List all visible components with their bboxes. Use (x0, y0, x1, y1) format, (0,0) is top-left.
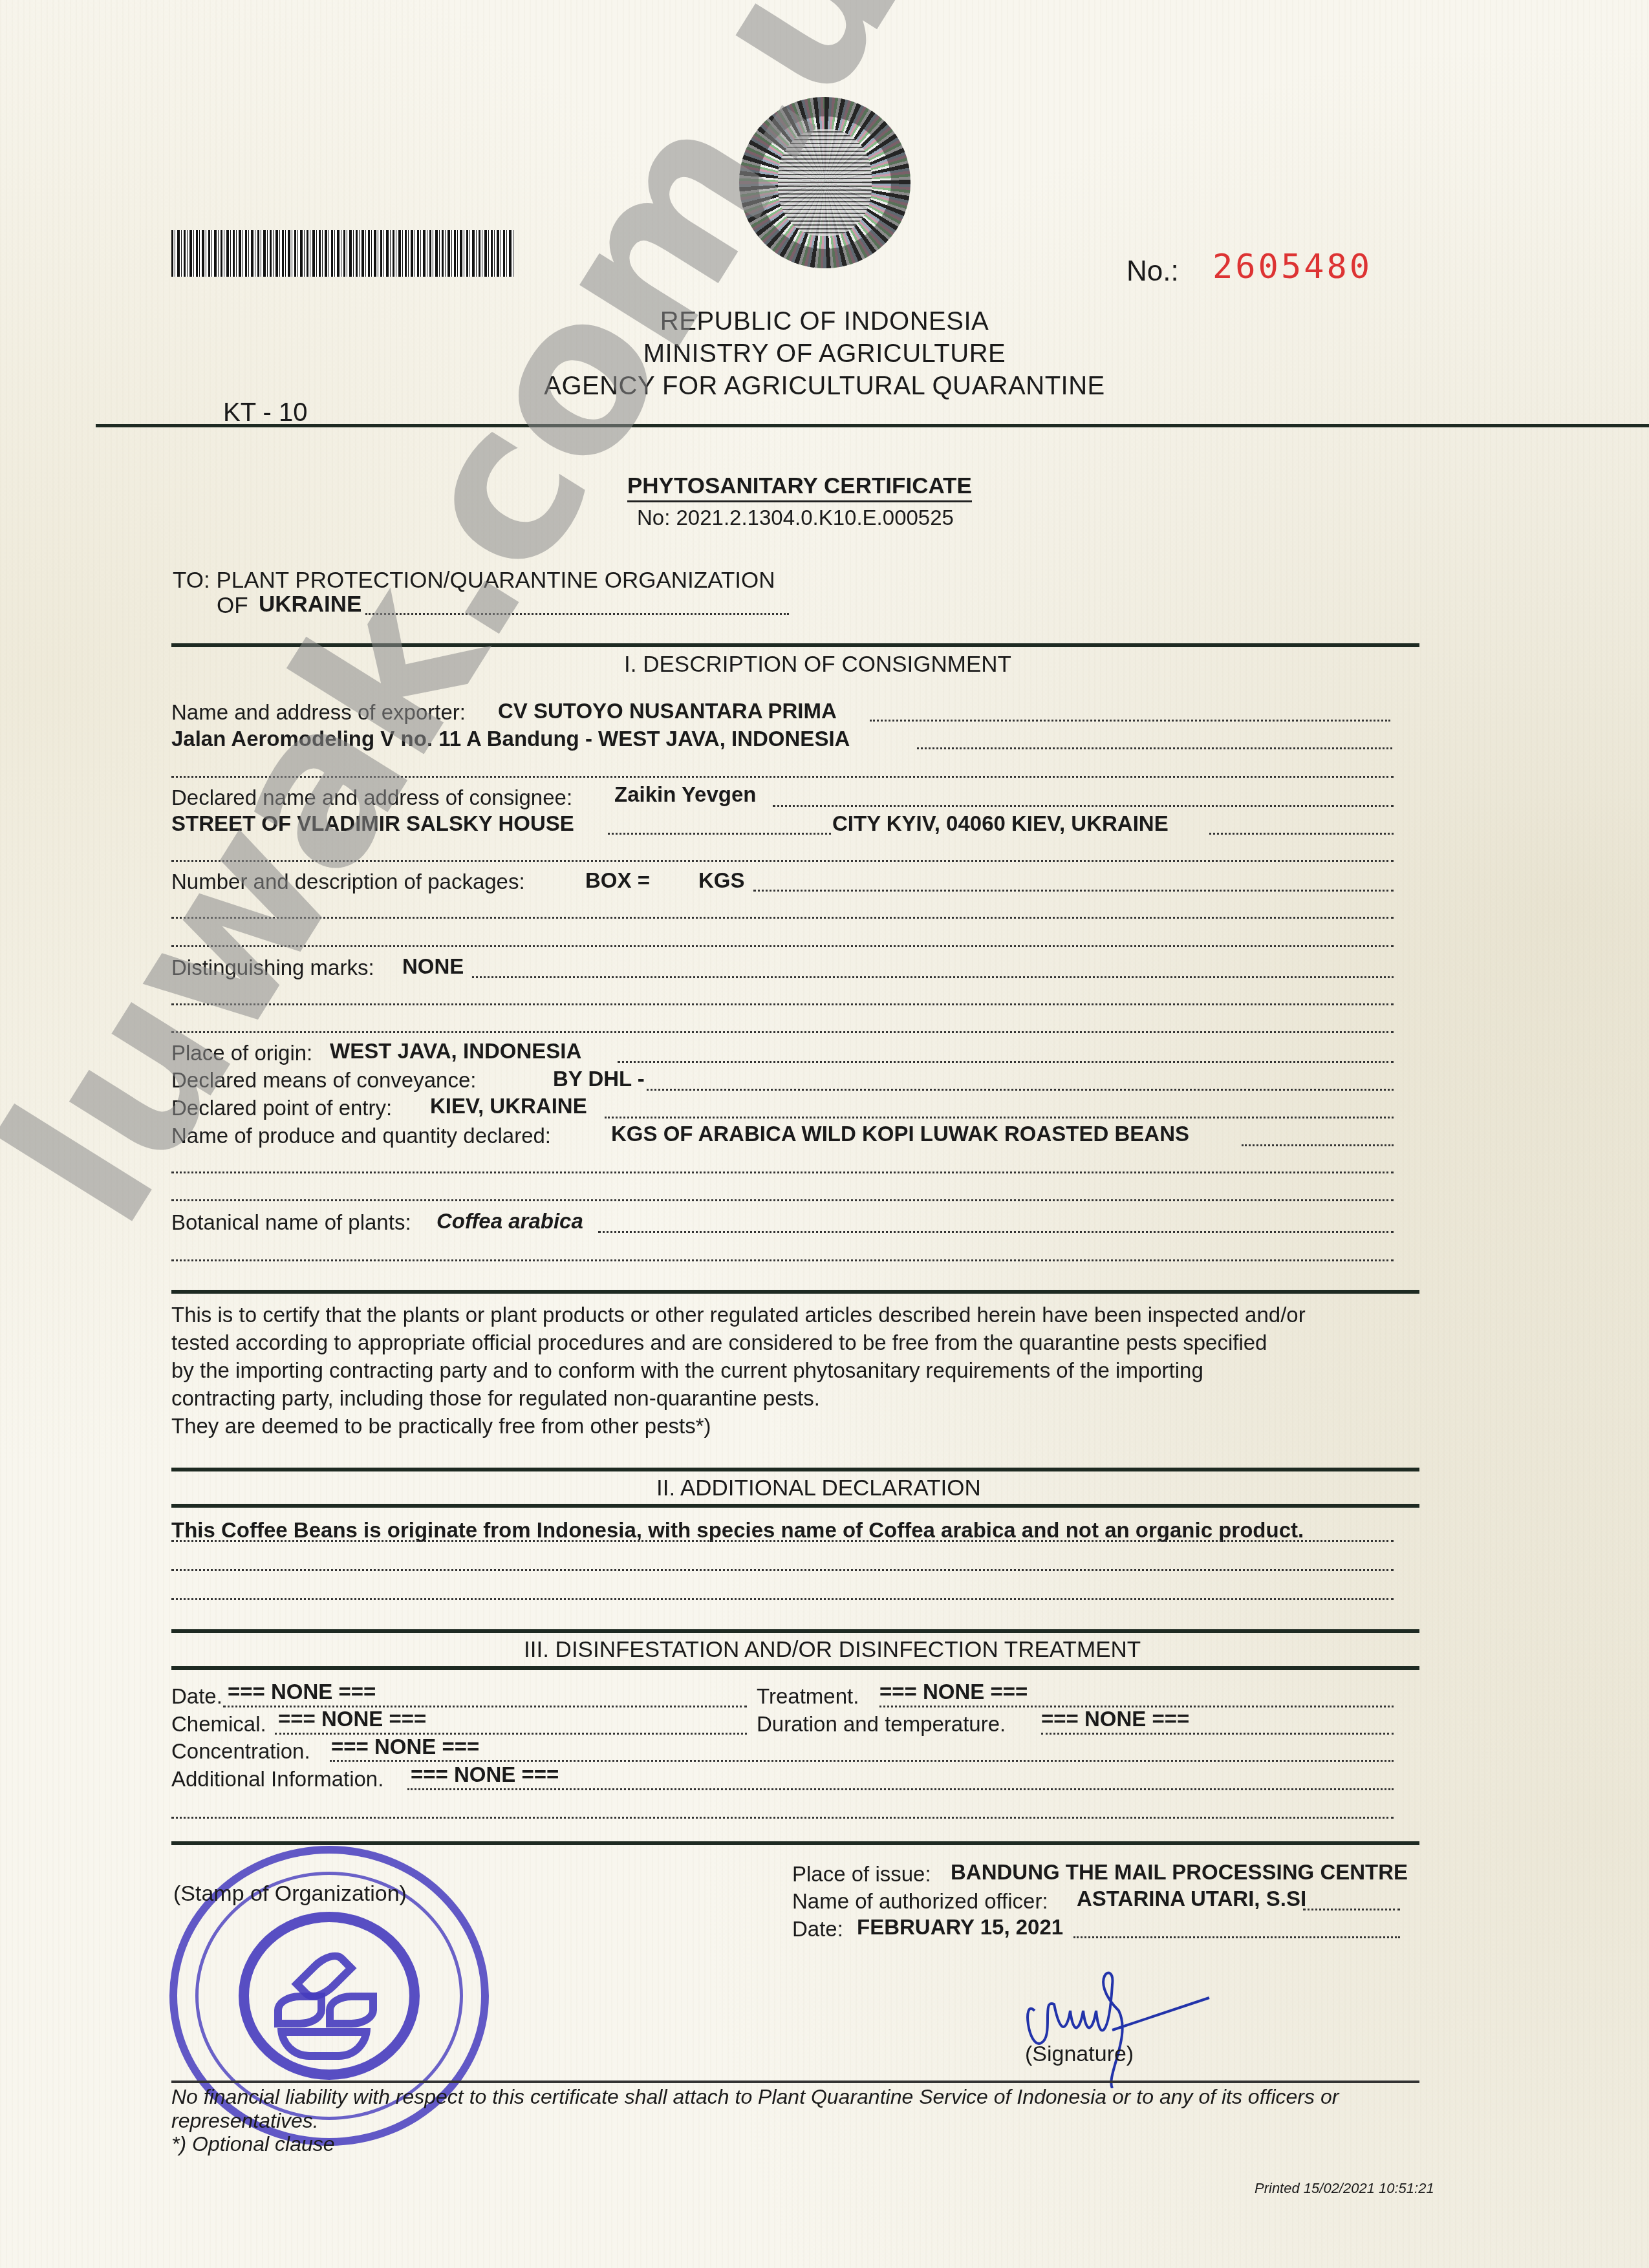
officer-signature (1015, 1959, 1222, 2088)
packages-unit: KGS (698, 868, 745, 893)
concentration-label: Concentration. (171, 1739, 310, 1764)
section2-mid-rule (171, 1504, 1419, 1508)
treatment-label: Treatment. (757, 1684, 859, 1709)
section3-title: III. DISINFESTATION AND/OR DISINFECTION … (524, 1637, 1141, 1663)
plant-leaf-icon (274, 1993, 325, 2027)
chemical-label: Chemical. (171, 1712, 266, 1737)
certification-line-3: by the importing contracting party and t… (171, 1358, 1203, 1383)
duration-label: Duration and temperature. (757, 1712, 1006, 1737)
additional-info-label: Additional Information. (171, 1767, 383, 1792)
consignee-city: CITY KYIV, 04060 KIEV, UKRAINE (832, 811, 1169, 836)
section1-title: I. DESCRIPTION OF CONSIGNMENT (624, 652, 1011, 678)
header-rule (96, 424, 1649, 427)
place-of-issue-label: Place of issue: (792, 1862, 931, 1887)
addressee-of: OF (217, 593, 248, 619)
treatment-date-label: Date. (171, 1684, 222, 1709)
certification-line-1: This is to certify that the plants or pl… (171, 1303, 1306, 1327)
duration-value: === NONE === (1041, 1707, 1189, 1731)
certificate-number: No: 2021.2.1304.0.K10.E.000525 (637, 506, 954, 530)
footer-rule (171, 2081, 1419, 2083)
section3-top-rule (171, 1629, 1419, 1633)
botanical-value: Coffea arabica (436, 1209, 583, 1234)
liability-line-2: representatives. (171, 2109, 319, 2133)
plant-leaf-icon (326, 1993, 377, 2027)
conveyance-value: BY DHL - (553, 1067, 645, 1091)
place-of-issue-value: BANDUNG THE MAIL PROCESSING CENTRE (951, 1860, 1408, 1885)
section2-title: II. ADDITIONAL DECLARATION (656, 1475, 981, 1501)
liability-line-1: No financial liability with respect to t… (171, 2085, 1339, 2109)
chemical-value: === NONE === (278, 1707, 426, 1731)
optional-clause: *) Optional clause (171, 2132, 335, 2156)
header-line-3: AGENCY FOR AGRICULTURAL QUARANTINE (0, 372, 1649, 401)
section3-mid-rule (171, 1666, 1419, 1670)
produce-value: KGS OF ARABICA WILD KOPI LUWAK ROASTED B… (611, 1122, 1189, 1146)
issue-date-value: FEBRUARY 15, 2021 (857, 1915, 1063, 1940)
packages-value: BOX = (585, 868, 650, 893)
section1-bottom-rule (171, 1290, 1419, 1294)
section2-top-rule (171, 1468, 1419, 1471)
additional-declaration-text: This Coffee Beans is originate from Indo… (171, 1518, 1304, 1543)
officer-value: ASTARINA UTARI, S.SI (1077, 1887, 1306, 1911)
origin-value: WEST JAVA, INDONESIA (330, 1039, 581, 1064)
botanical-label: Botanical name of plants: (171, 1210, 411, 1235)
entry-value: KIEV, UKRAINE (430, 1094, 587, 1118)
certification-line-2: tested according to appropriate official… (171, 1331, 1267, 1355)
exporter-name: CV SUTOYO NUSANTARA PRIMA (498, 699, 837, 723)
treatment-value: === NONE === (879, 1680, 1028, 1704)
additional-info-value: === NONE === (411, 1762, 559, 1787)
treatment-date-value: === NONE === (228, 1680, 376, 1704)
signature-label: (Signature) (1025, 2042, 1134, 2067)
header-line-2: MINISTRY OF AGRICULTURE (0, 339, 1649, 369)
barcode (171, 230, 514, 277)
section3-bottom-rule (171, 1841, 1419, 1845)
stamp-label: (Stamp of Organization) (173, 1881, 407, 1907)
serial-label: No.: (1126, 255, 1179, 288)
certification-line-5: They are deemed to be practically free f… (171, 1414, 711, 1439)
issue-date-label: Date: (792, 1917, 843, 1942)
header-line-1: REPUBLIC OF INDONESIA (0, 307, 1649, 336)
officer-label: Name of authorized officer: (792, 1889, 1048, 1914)
form-code: KT - 10 (223, 398, 307, 427)
printed-timestamp: Printed 15/02/2021 10:51:21 (1255, 2180, 1434, 2197)
marks-value: NONE (402, 954, 464, 979)
certificate-title: PHYTOSANITARY CERTIFICATE (627, 473, 972, 502)
certification-line-4: contracting party, including those for r… (171, 1386, 820, 1411)
serial-number: 2605480 (1212, 248, 1372, 286)
consignee-name: Zaikin Yevgen (614, 782, 757, 807)
concentration-value: === NONE === (331, 1735, 479, 1759)
